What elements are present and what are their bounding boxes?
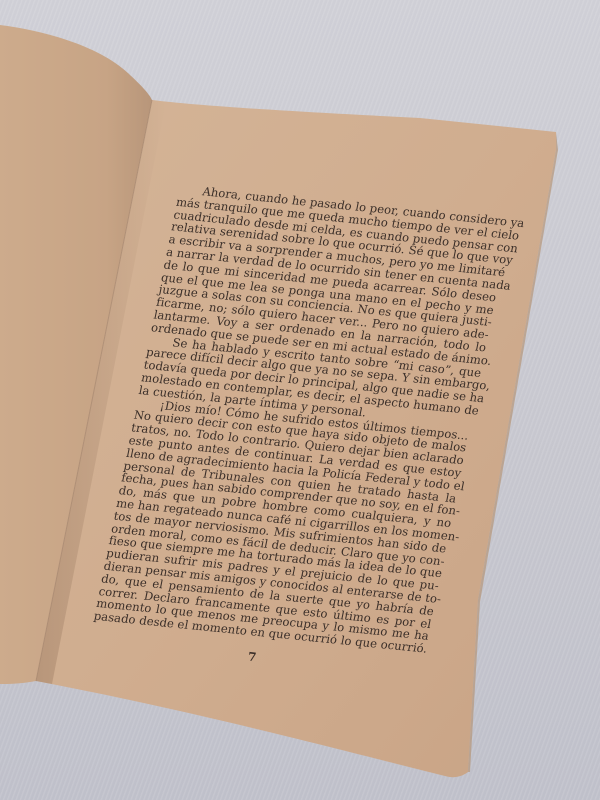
page-number: 7	[247, 650, 257, 665]
